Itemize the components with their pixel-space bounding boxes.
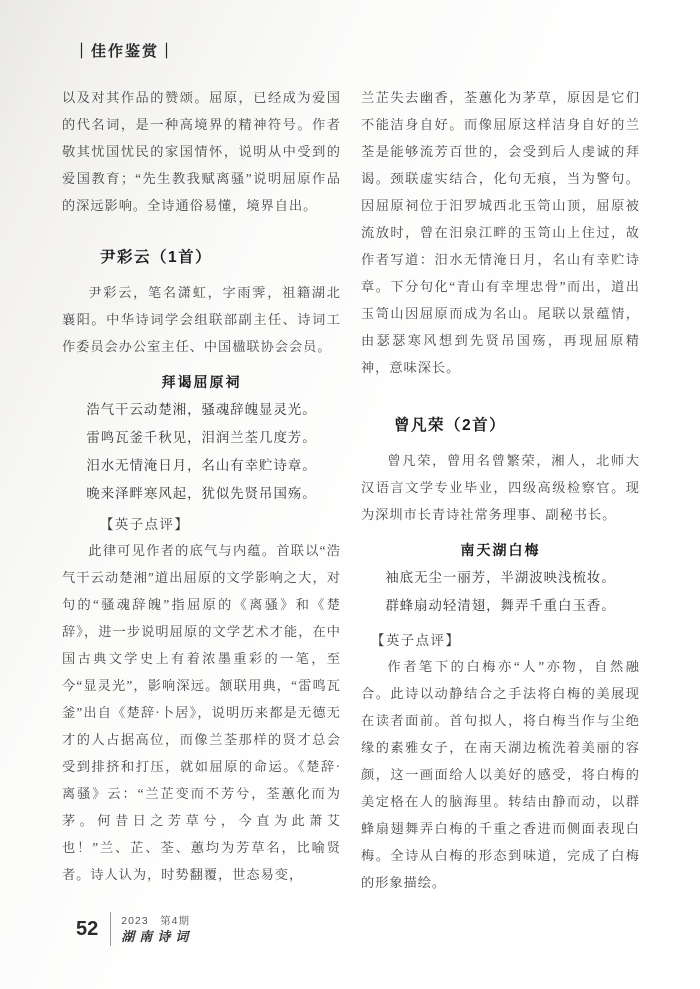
poem-body: 袖底无尘一丽芳，半湖波映浅梳妆。 群蜂扇动轻清翅，舞弄千重白玉香。: [361, 564, 640, 620]
journal-logotype: 湖南诗词: [121, 928, 193, 945]
issue-line: 2023 第4期: [121, 914, 193, 928]
two-column-layout: 以及对其作品的赞颂。屈原，已经成为爱国的代名词，是一种高境界的精神符号。作者敬其…: [62, 84, 640, 896]
poet-heading-yincaiyun: 尹彩云（1首）: [100, 245, 341, 267]
comment-paragraph-part1: 此律可见作者的底气与内蕴。首联以“浩气干云动楚湘”道出屈原的文学影响之大，对句的…: [62, 537, 341, 888]
poem-line: 晚来泽畔寒风起，犹似先贤吊国殇。: [62, 480, 341, 508]
poem-line: 浩气干云动楚湘，骚魂辞魄显灵光。: [62, 396, 341, 424]
poem-title-baiye-quyuanci: 拜谒屈原祠: [62, 372, 341, 392]
page-footer: 52 2023 第4期 湖南诗词: [76, 912, 193, 946]
poem-title-nantianhu-baimei: 南天湖白梅: [361, 540, 640, 560]
poem-line: 群蜂扇动轻清翅，舞弄千重白玉香。: [361, 592, 640, 620]
footer-info: 2023 第4期 湖南诗词: [121, 914, 193, 945]
poet-heading-zengfanrong: 曾凡荣（2首）: [394, 413, 640, 435]
page-number: 52: [76, 918, 98, 941]
comment-label: 【英子点评】: [100, 514, 341, 533]
comment-paragraph: 作者笔下的白梅亦“人”亦物，自然融合。此诗以动静结合之手法将白梅的美展现在读者面…: [361, 653, 640, 896]
magazine-page: ｜佳作鉴赏｜ 以及对其作品的赞颂。屈原，已经成为爱国的代名词，是一种高境界的精神…: [0, 0, 700, 989]
right-column: 兰芷失去幽香，荃蕙化为茅草，原因是它们不能洁身自好。而像屈原这样洁身自好的兰荃是…: [361, 84, 640, 896]
poet-bio-zengfanrong: 曾凡荣，曾用名曾繁荣，湘人，北师大汉语言文学专业毕业，四级高级检察官。现为深圳市…: [361, 447, 640, 528]
continued-review-paragraph: 以及对其作品的赞颂。屈原，已经成为爱国的代名词，是一种高境界的精神符号。作者敬其…: [62, 84, 341, 219]
poem-line: 袖底无尘一丽芳，半湖波映浅梳妆。: [361, 564, 640, 592]
poem-line: 汨水无情淹日月，名山有幸贮诗章。: [62, 452, 341, 480]
section-header: ｜佳作鉴赏｜: [74, 40, 176, 61]
footer-divider: [110, 912, 111, 946]
poem-body: 浩气干云动楚湘，骚魂辞魄显灵光。 雷鸣瓦釜千秋见，泪润兰荃几度芳。 汨水无情淹日…: [62, 396, 341, 508]
poet-bio-yincaiyun: 尹彩云，笔名潇虹，字雨霁，祖籍湖北襄阳。中华诗词学会组联部副主任、诗词工作委员会…: [62, 279, 341, 360]
poem-line: 雷鸣瓦釜千秋见，泪润兰荃几度芳。: [62, 424, 341, 452]
comment-label: 【英子点评】: [371, 630, 640, 649]
comment-paragraph-part2: 兰芷失去幽香，荃蕙化为茅草，原因是它们不能洁身自好。而像屈原这样洁身自好的兰荃是…: [361, 84, 640, 381]
left-column: 以及对其作品的赞颂。屈原，已经成为爱国的代名词，是一种高境界的精神符号。作者敬其…: [62, 84, 341, 896]
